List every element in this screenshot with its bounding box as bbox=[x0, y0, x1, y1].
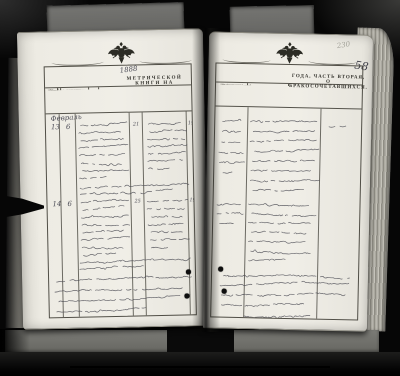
groom-age: 21 bbox=[133, 121, 139, 127]
ink-seal bbox=[222, 289, 227, 294]
right-table-body bbox=[211, 106, 361, 319]
imperial-eagle-icon bbox=[275, 42, 303, 66]
entry-note-handwriting bbox=[77, 179, 189, 197]
entry-day: 6 bbox=[66, 123, 71, 131]
archival-scan-photo: МЕТРИЧЕСКОЙ КНИГИ НА1888 Счетъ браковъ. … bbox=[0, 0, 400, 376]
entry-day: 6 bbox=[67, 200, 72, 208]
bride-record-handwriting bbox=[144, 118, 188, 172]
witness-signature-handwriting bbox=[327, 121, 355, 130]
folio-number-pencil: 230 bbox=[336, 40, 350, 50]
left-page-printed-frame: МЕТРИЧЕСКОЙ КНИГИ НА1888 Счетъ браковъ. … bbox=[44, 63, 197, 318]
guarantors-handwriting bbox=[249, 116, 319, 194]
right-page-printed-frame: ГОДА, ЧАСТЬ ВТОРАЯ, О БРАКОСОЧЕТАВШИХСЯ.… bbox=[210, 62, 363, 320]
col-header-witness-signatures: Подпись свидѣтелей записи по желанію. bbox=[216, 82, 257, 85]
officiant-handwriting bbox=[216, 199, 243, 227]
signature-lines-handwriting bbox=[220, 270, 350, 308]
bride-age: 19 bbox=[189, 197, 195, 203]
right-table-header-row: Кто совершалъ таинство. Кто были поручит… bbox=[216, 82, 362, 109]
bride-record-handwriting bbox=[146, 195, 190, 251]
imperial-eagle-icon bbox=[107, 42, 135, 66]
table-seam-line bbox=[70, 366, 330, 368]
ink-seal bbox=[184, 293, 189, 298]
handwritten-year: 1888 bbox=[119, 65, 138, 75]
entry-number: 13 bbox=[51, 123, 60, 131]
cradle-left-shadow bbox=[0, 329, 30, 354]
cradle-center-shadow bbox=[167, 329, 234, 354]
closing-line-handwriting bbox=[241, 310, 333, 320]
groom-record-handwriting bbox=[78, 196, 132, 258]
groom-age: 25 bbox=[134, 198, 140, 204]
officiant-handwriting bbox=[218, 115, 245, 177]
left-page: МЕТРИЧЕСКОЙ КНИГИ НА1888 Счетъ браковъ. … bbox=[17, 28, 209, 330]
bottom-shadow bbox=[0, 352, 400, 376]
left-page-title-zone: МЕТРИЧЕСКОЙ КНИГИ НА1888 bbox=[45, 64, 191, 88]
ink-seal bbox=[186, 269, 191, 274]
left-table-body: Февраль 13 6 21 19 14 6 25 19 bbox=[46, 111, 196, 317]
bride-age: 19 bbox=[188, 120, 194, 126]
guarantors-handwriting bbox=[248, 198, 318, 264]
col-header-bride: Званіе, имя, отчество, фамилія и вѣроисп… bbox=[45, 87, 89, 90]
groom-record-handwriting bbox=[76, 119, 130, 181]
left-table-header-row: Счетъ браковъ. Мѣсяцъ и день. Званіе, им… bbox=[45, 85, 192, 114]
ink-seal bbox=[218, 267, 223, 272]
right-page: 230 58 ГОДА, ЧАСТЬ ВТОРАЯ, О БРАКОСОЧЕТА… bbox=[203, 31, 373, 331]
col-header-bride-age: Лѣта невѣсты. bbox=[45, 88, 51, 90]
entry-number: 14 bbox=[52, 200, 61, 208]
signature-lines-handwriting bbox=[54, 270, 194, 316]
